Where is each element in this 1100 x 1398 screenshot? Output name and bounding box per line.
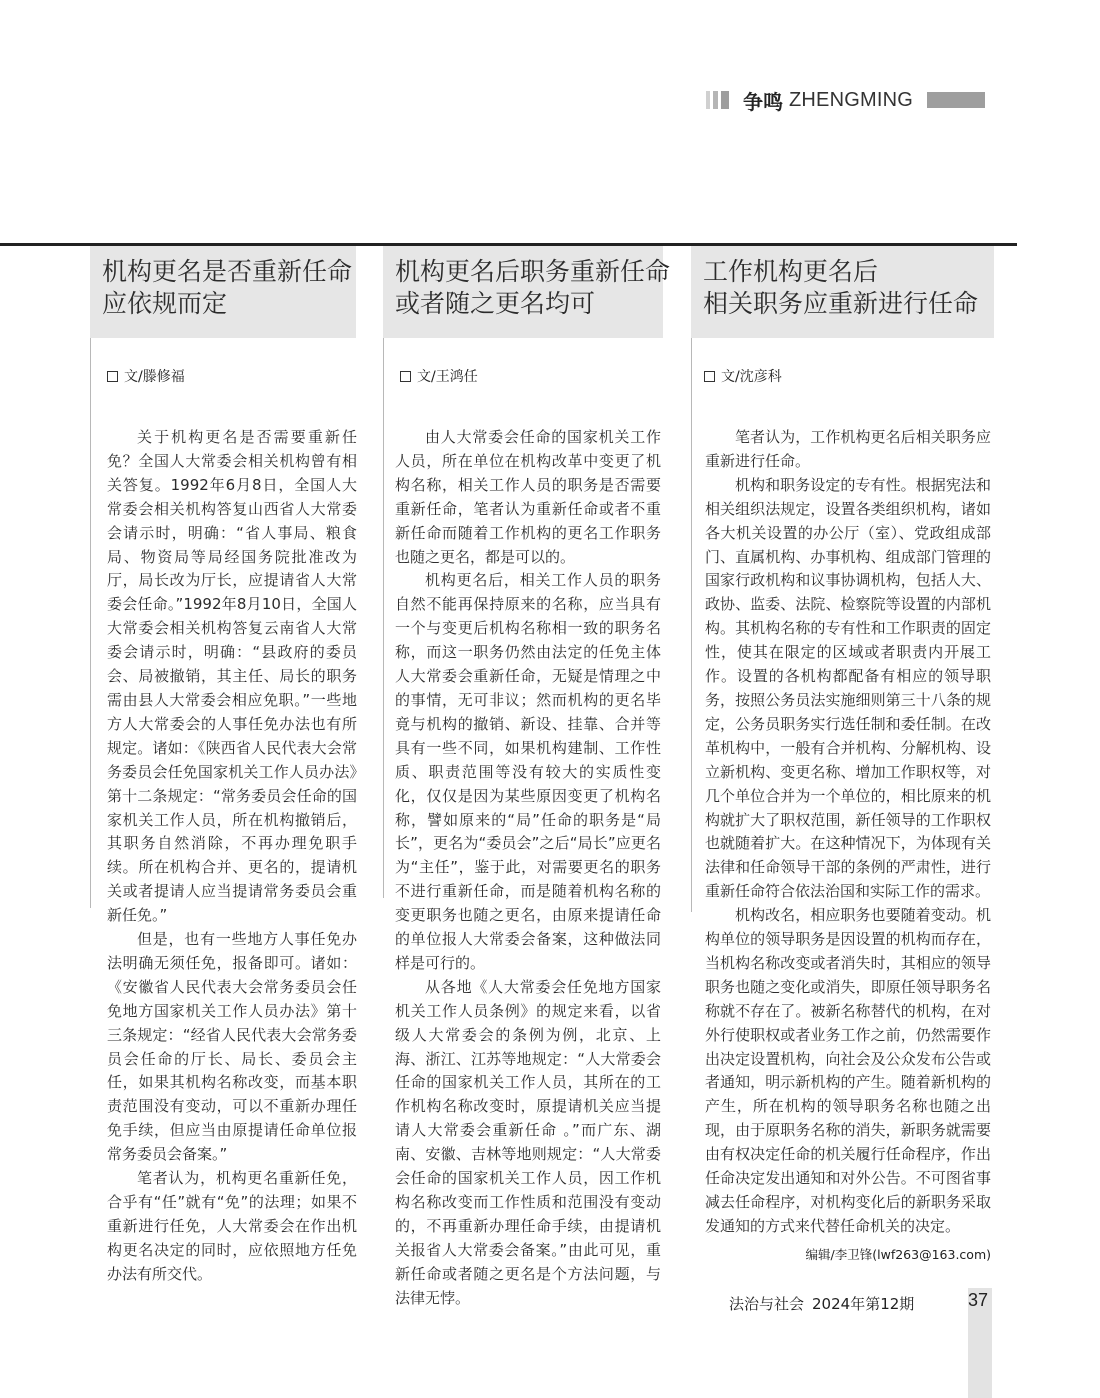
paragraph: 笔者认为，工作机构更名后相关职务应重新进行任命。 (705, 426, 991, 474)
author-name: 文/滕修福 (124, 366, 185, 386)
article-body: 关于机构更名是否需要重新任免？全国人大常委会相关机构曾有相关答复。1992年6月… (107, 426, 357, 1287)
article-2: 机构更名后职务重新任命 或者随之更名均可 文/王鸿任 由人大常委会任命的国家机关… (383, 246, 673, 386)
paragraph: 笔者认为，机构更名重新任免，合乎有“任”就有“免”的法理；如果不重新进行任免，人… (107, 1167, 357, 1287)
article-title-line: 应依规而定 (102, 288, 356, 320)
article-title-line: 机构更名是否重新任命 (102, 256, 356, 288)
paragraph: 机构改名，相应职务也要随着变动。机构单位的领导职务是因设置的机构而存在，当机构名… (705, 904, 991, 1239)
article-title: 工作机构更名后 相关职务应重新进行任命 (691, 246, 994, 338)
square-bullet-icon (400, 371, 411, 382)
paragraph: 但是，也有一些地方人事任免办法明确无须任免，报备即可。诸如：《安徽省人民代表大会… (107, 928, 357, 1167)
publication-name: 法治与社会 (729, 1293, 804, 1314)
article-1: 机构更名是否重新任命 应依规而定 文/滕修福 关于机构更名是否需要重新任免？全国… (90, 246, 370, 386)
issue-number: 2024年第12期 (812, 1293, 914, 1314)
article-title: 机构更名后职务重新任命 或者随之更名均可 (383, 246, 663, 338)
square-bullet-icon (107, 371, 118, 382)
section-bars-icon (706, 91, 729, 109)
paragraph: 由人大常委会任命的国家机关工作人员，所在单位在机构改革中变更了机构名称，相关工作… (395, 426, 661, 569)
paragraph: 机构更名后，相关工作人员的职务自然不能再保持原来的名称，应当具有一个与变更后机构… (395, 569, 661, 975)
section-name-cn: 争鸣 (743, 86, 783, 115)
paragraph: 从各地《人大常委会任免地方国家机关工作人员条例》的规定来看，以省级人大常委会的条… (395, 976, 661, 1311)
section-name-en: ZHENGMING (789, 89, 913, 112)
article-3: 工作机构更名后 相关职务应重新进行任命 文/沈彦科 笔者认为，工作机构更名后相关… (691, 246, 996, 386)
editor-credit: 编辑/李卫锋(lwf263@163.com) (705, 1243, 991, 1267)
author-name: 文/王鸿任 (417, 366, 478, 386)
page-number: 37 (968, 1290, 988, 1311)
article-title-line: 机构更名后职务重新任命 (395, 256, 663, 288)
article-body: 由人大常委会任命的国家机关工作人员，所在单位在机构改革中变更了机构名称，相关工作… (395, 426, 661, 1311)
article-title-line: 相关职务应重新进行任命 (703, 288, 994, 320)
section-header-bar (927, 92, 985, 108)
article-title-line: 工作机构更名后 (703, 256, 994, 288)
article-title-line: 或者随之更名均可 (395, 288, 663, 320)
page-footer: 法治与社会 2024年第12期 (729, 1293, 914, 1314)
square-bullet-icon (704, 371, 715, 382)
article-title: 机构更名是否重新任命 应依规而定 (90, 246, 356, 338)
article-byline: 文/滕修福 (90, 366, 370, 386)
article-byline: 文/王鸿任 (383, 366, 673, 386)
article-byline: 文/沈彦科 (691, 366, 996, 386)
paragraph: 机构和职务设定的专有性。根据宪法和相关组织法规定，设置各类组织机构，诸如各大机关… (705, 474, 991, 904)
section-header: 争鸣 ZHENGMING (706, 88, 985, 112)
article-body: 笔者认为，工作机构更名后相关职务应重新进行任命。 机构和职务设定的专有性。根据宪… (705, 426, 991, 1267)
author-name: 文/沈彦科 (721, 366, 782, 386)
paragraph: 关于机构更名是否需要重新任免？全国人大常委会相关机构曾有相关答复。1992年6月… (107, 426, 357, 928)
